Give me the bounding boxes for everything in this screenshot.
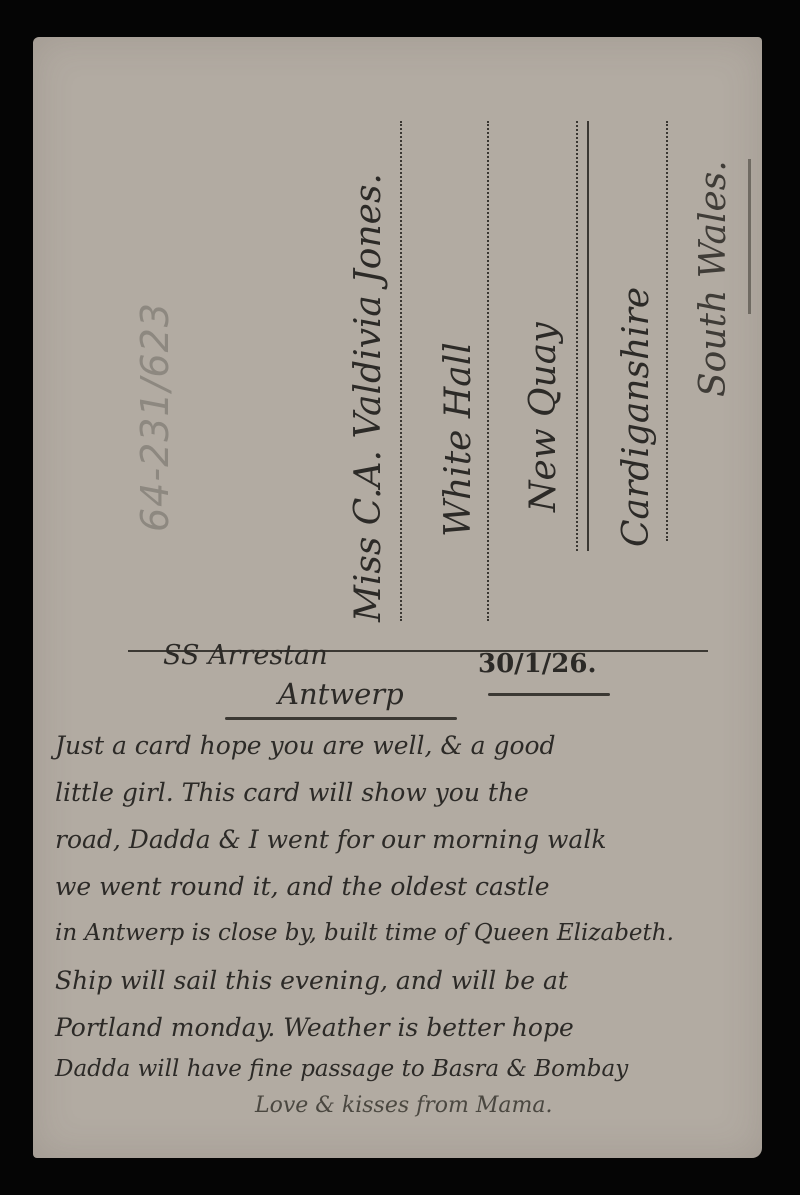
message-line: road, Dadda & I went for our morning wal… — [55, 816, 755, 863]
address-underline-newquay — [587, 121, 589, 551]
date: 30/1/26. — [478, 649, 597, 679]
address-line-name: Miss C.A. Valdivia Jones. — [348, 173, 389, 622]
place-underline — [225, 717, 457, 720]
address-rule-3 — [576, 121, 578, 551]
address-rule-2 — [487, 121, 489, 621]
address-line-country: South Wales. — [693, 160, 734, 397]
message-line: Ship will sail this evening, and will be… — [55, 957, 755, 1004]
address-line-town: New Quay — [523, 322, 564, 512]
ship-name: SS Arrestan — [163, 640, 328, 671]
address-line-house: White Hall — [438, 342, 479, 537]
address-rule-4 — [666, 121, 668, 541]
archive-number: 64-231/623 — [133, 302, 177, 532]
message-signoff: Love & kisses from Mama. — [55, 1087, 755, 1125]
place-name: Antwerp — [278, 677, 404, 711]
message-line: Just a card hope you are well, & a good — [55, 722, 755, 769]
address-rule-1 — [400, 121, 402, 621]
message-line: we went round it, and the oldest castle — [55, 863, 755, 910]
message-line: in Antwerp is close by, built time of Qu… — [55, 910, 755, 957]
message-line: little girl. This card will show you the — [55, 769, 755, 816]
message-line: Portland monday. Weather is better hope — [55, 1004, 755, 1051]
postcard: 64-231/623 Miss C.A. Valdivia Jones. Whi… — [33, 37, 762, 1158]
date-underline — [488, 693, 610, 696]
message-body: Just a card hope you are well, & a good … — [55, 722, 755, 1125]
address-underline-wales — [748, 159, 751, 314]
message-line: Dadda will have fine passage to Basra & … — [55, 1051, 755, 1087]
address-line-county: Cardiganshire — [616, 287, 657, 547]
